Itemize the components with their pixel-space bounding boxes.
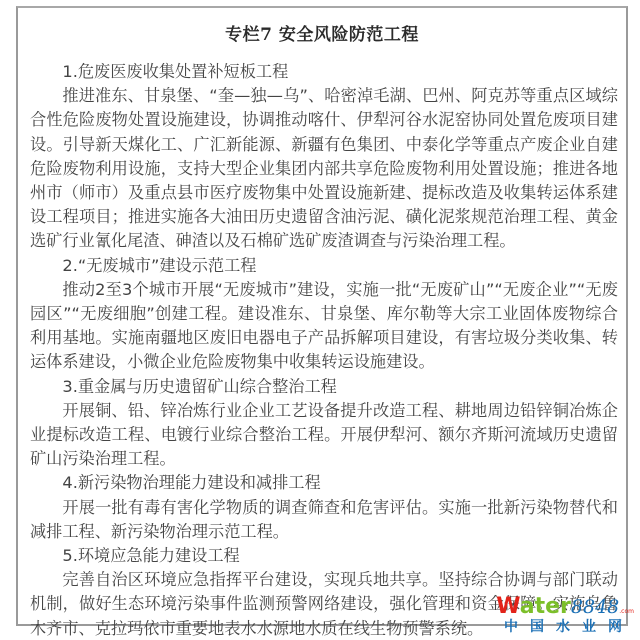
section-body: 推动2至3个城市开展“无废城市”建设，实施一批“无废矿山”“无废企业”“无废园区… [30, 278, 618, 375]
section-heading: 2.“无废城市”建设示范工程 [30, 254, 618, 278]
watermark-cn-name: 中国水业网 [496, 620, 634, 634]
watermark-number: 8848 [571, 596, 619, 618]
column-box: 专栏7 安全风险防范工程 1.危废医废收集处置补短板工程 推进准东、甘泉堡、“奎… [16, 6, 628, 626]
section-2: 2.“无废城市”建设示范工程 推动2至3个城市开展“无废城市”建设，实施一批“无… [30, 254, 618, 375]
section-heading: 5.环境应急能力建设工程 [30, 544, 618, 568]
section-1: 1.危废医废收集处置补短板工程 推进准东、甘泉堡、“奎—独—乌”、哈密淖毛湖、巴… [30, 60, 618, 254]
section-body: 推进准东、甘泉堡、“奎—独—乌”、哈密淖毛湖、巴州、阿克苏等重点区域综合性危险废… [30, 84, 618, 253]
watermark-com: .com [619, 608, 634, 615]
section-heading: 1.危废医废收集处置补短板工程 [30, 60, 618, 84]
column-title: 专栏7 安全风险防范工程 [18, 20, 626, 45]
watermark-logo: Water8848.com 中国水业网 [496, 596, 634, 634]
column-content: 1.危废医废收集处置补短板工程 推进准东、甘泉堡、“奎—独—乌”、哈密淖毛湖、巴… [30, 60, 618, 640]
section-3: 3.重金属与历史遗留矿山综合整治工程 开展铜、铅、锌冶炼行业企业工艺设备提升改造… [30, 375, 618, 472]
section-heading: 3.重金属与历史遗留矿山综合整治工程 [30, 375, 618, 399]
section-body: 开展一批有毒有害化学物质的调查筛查和危害评估。实施一批新污染物替代和减排工程、新… [30, 496, 618, 544]
watermark-ater: ater [520, 594, 571, 619]
watermark-brand: Water8848.com [496, 596, 634, 618]
section-body: 开展铜、铅、锌冶炼行业企业工艺设备提升改造工程、耕地周边铅锌铜冶炼企业提标改造工… [30, 399, 618, 472]
section-heading: 4.新污染物治理能力建设和减排工程 [30, 471, 618, 495]
section-4: 4.新污染物治理能力建设和减排工程 开展一批有毒有害化学物质的调查筛查和危害评估… [30, 471, 618, 544]
watermark-w: W [496, 594, 519, 619]
